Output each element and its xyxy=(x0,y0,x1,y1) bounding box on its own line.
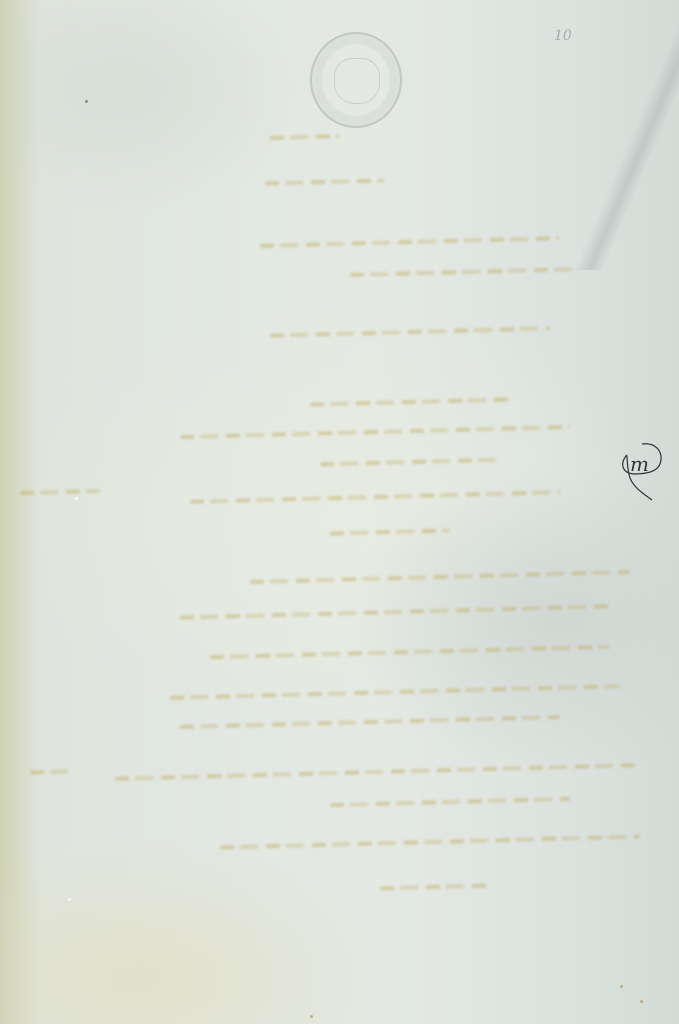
paper-speck xyxy=(75,497,78,500)
corner-fold xyxy=(573,0,679,270)
bleed-through-line xyxy=(320,458,500,467)
bleed-through-line xyxy=(190,490,560,504)
bleed-through-line xyxy=(210,645,610,659)
margin-annotation: m xyxy=(612,438,672,508)
bleed-through-line xyxy=(220,835,640,850)
bleed-through-line xyxy=(270,134,340,140)
seal-stamp-icon xyxy=(310,32,402,128)
bleed-through-line xyxy=(265,178,385,185)
bleed-through-line xyxy=(310,397,510,406)
bleed-through-line xyxy=(180,604,610,619)
paper-speck xyxy=(85,100,88,103)
paper-speck xyxy=(310,1015,313,1018)
bleed-through-line xyxy=(330,528,450,535)
paper-speck xyxy=(640,1000,643,1003)
paper-speck xyxy=(68,898,71,901)
bleed-through-line xyxy=(270,326,550,337)
bleed-through-line xyxy=(30,769,70,774)
page-edge-shadow xyxy=(0,0,40,1024)
bleed-through-line xyxy=(330,797,570,807)
bleed-through-line xyxy=(350,267,580,277)
seal-crest-icon xyxy=(334,58,380,104)
bleed-through-line xyxy=(20,489,100,495)
folio-number: 10 xyxy=(554,28,572,44)
bleed-through-line xyxy=(115,763,635,781)
document-page: 10 m xyxy=(0,0,679,1024)
paper-speck xyxy=(620,985,623,988)
bleed-through-line xyxy=(260,236,560,248)
bleed-through-line xyxy=(170,684,620,700)
margin-letter: m xyxy=(630,452,649,476)
bleed-through-line xyxy=(250,570,630,584)
bleed-through-line xyxy=(380,884,490,891)
bleed-through-line xyxy=(180,425,570,439)
bleed-through-line xyxy=(180,715,560,729)
